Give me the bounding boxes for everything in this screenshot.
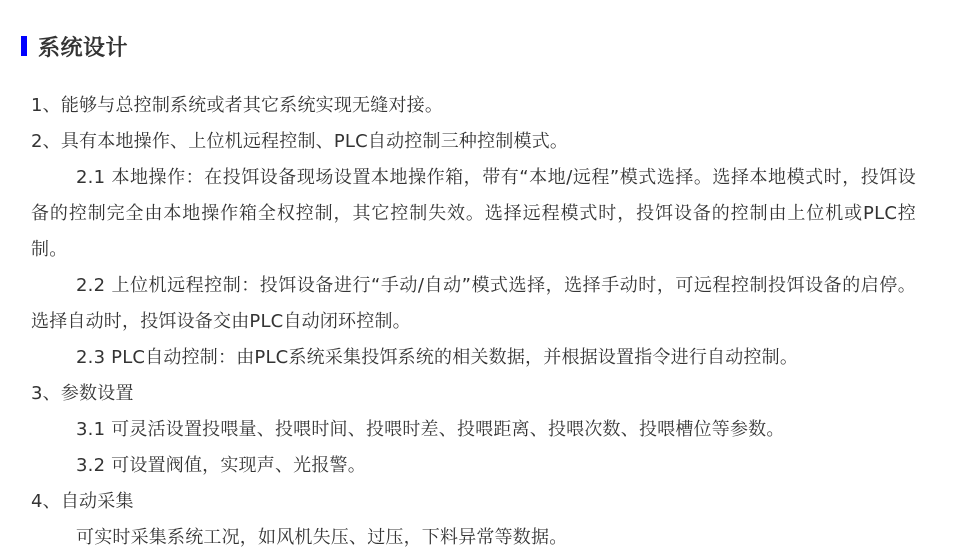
heading-accent-bar: [21, 36, 27, 56]
content-body: 1、能够与总控制系统或者其它系统实现无缝对接。 2、具有本地操作、上位机远程控制…: [31, 88, 931, 556]
item-3-2: 3.2 可设置阀值，实现声、光报警。: [31, 448, 931, 484]
section-title: 系统设计: [38, 31, 128, 62]
item-2-2: 2.2 上位机远程控制：投饵设备进行“手动/自动”模式选择，选择手动时，可远程控…: [31, 268, 916, 340]
item-2-3: 2.3 PLC自动控制：由PLC系统采集投饵系统的相关数据，并根据设置指令进行自…: [31, 340, 931, 376]
item-4: 4、自动采集: [31, 484, 931, 520]
item-4-1: 可实时采集系统工况，如风机失压、过压，下料异常等数据。: [31, 520, 931, 556]
section-heading: 系统设计: [21, 30, 128, 62]
item-2-1: 2.1 本地操作：在投饵设备现场设置本地操作箱，带有“本地/远程”模式选择。选择…: [31, 160, 916, 268]
item-2: 2、具有本地操作、上位机远程控制、PLC自动控制三种控制模式。: [31, 124, 931, 160]
item-3-1: 3.1 可灵活设置投喂量、投喂时间、投喂时差、投喂距离、投喂次数、投喂槽位等参数…: [31, 412, 931, 448]
item-1: 1、能够与总控制系统或者其它系统实现无缝对接。: [31, 88, 931, 124]
item-3: 3、参数设置: [31, 376, 931, 412]
